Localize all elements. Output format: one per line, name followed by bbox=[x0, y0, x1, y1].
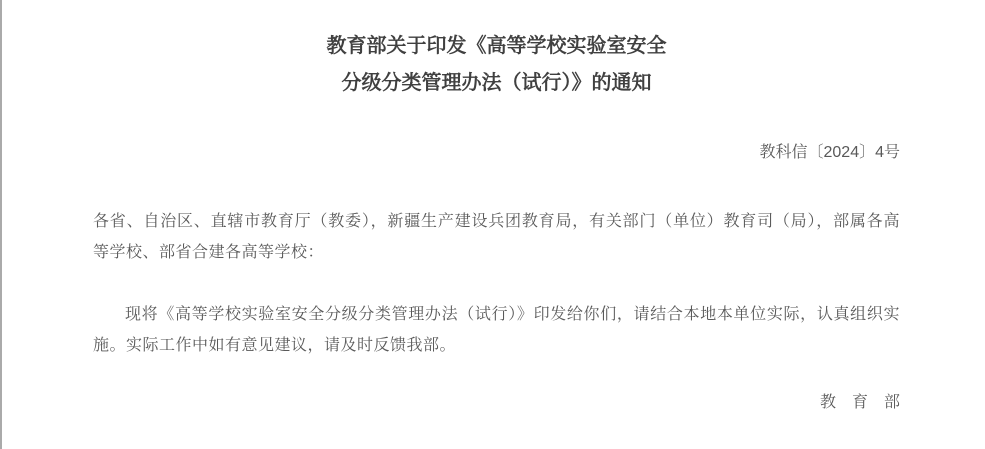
body-paragraph: 现将《高等学校实验室安全分级分类管理办法（试行）》印发给你们，请结合本地本单位实… bbox=[93, 299, 900, 361]
notice-title: 教育部关于印发《高等学校实验室安全 分级分类管理办法（试行）》的通知 bbox=[93, 28, 900, 102]
document-content: 教育部关于印发《高等学校实验室安全 分级分类管理办法（试行）》的通知 教科信〔2… bbox=[2, 0, 985, 413]
document-page: 教育部关于印发《高等学校实验室安全 分级分类管理办法（试行）》的通知 教科信〔2… bbox=[0, 0, 985, 449]
body-paragraph-text: 现将《高等学校实验室安全分级分类管理办法（试行）》印发给你们，请结合本地本单位实… bbox=[93, 299, 900, 361]
salutation-paragraph: 各省、自治区、直辖市教育厅（教委），新疆生产建设兵团教育局，有关部门（单位）教育… bbox=[93, 206, 900, 268]
signature: 教 育 部 bbox=[93, 392, 900, 413]
document-number: 教科信〔2024〕4号 bbox=[93, 142, 900, 163]
notice-title-line-1: 教育部关于印发《高等学校实验室安全 bbox=[327, 35, 667, 57]
notice-title-line-2: 分级分类管理办法（试行）》的通知 bbox=[342, 72, 652, 94]
